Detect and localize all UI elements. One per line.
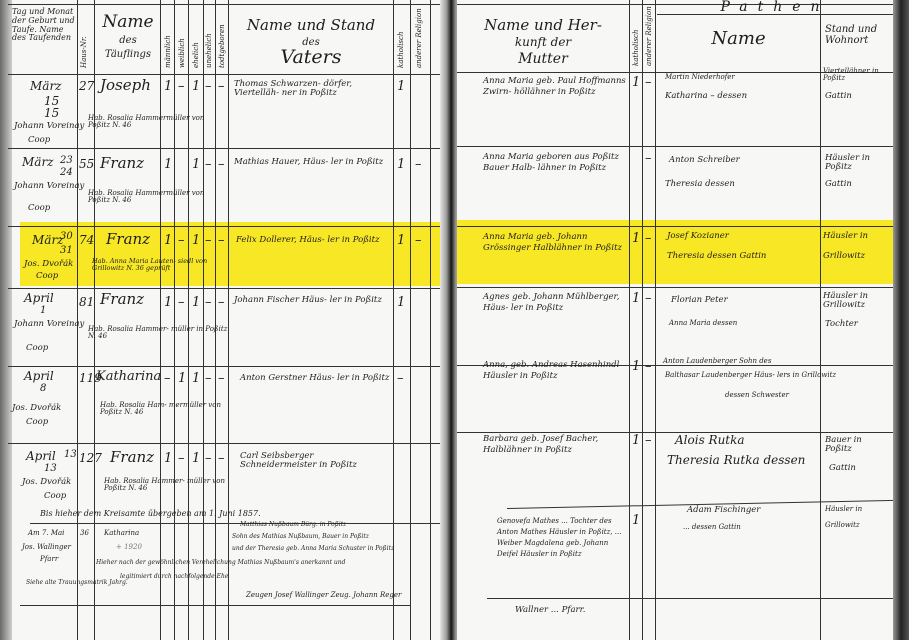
col-line [655, 0, 656, 640]
header-godparent-name: Name [657, 30, 820, 49]
godparent-2: ... dessen Gattin [683, 524, 741, 531]
birth-month: März [32, 234, 64, 247]
header-stillborn: todtgeboren [218, 10, 226, 68]
row-line [8, 148, 440, 149]
birth-day: 30 [60, 232, 73, 243]
male-mark: 1 [164, 158, 172, 172]
priest-title: Coop [44, 492, 66, 501]
witnesses: Zeugen Josef Wallinger Zeug. Johann Rege… [246, 592, 401, 599]
header-father-title: Name und Stand [230, 18, 392, 34]
header-child-sub2: Täuflings [96, 50, 160, 61]
baptism-day: 31 [60, 246, 73, 257]
midwife: Hab. Rosalia Hammer- müller in Poßitz N.… [88, 326, 228, 341]
other-religion-mark: – [645, 152, 652, 166]
col-line [215, 0, 216, 640]
stillborn-mark: – [218, 372, 225, 386]
midwife: Hab. Rosalia Hammermüller von Poßitz N. … [88, 190, 228, 205]
godparent-status-2: Gattin [829, 464, 856, 473]
birth-day: 23 [60, 156, 73, 167]
female-mark: 1 [178, 372, 186, 386]
header-mother-title: Name und Her- [463, 18, 623, 34]
mother-name: Genovefa Mathes ... Tochter des Anton Ma… [497, 516, 627, 559]
midwife: Hab. Rosalia Ham- mermüller von Poßitz N… [100, 402, 230, 417]
catholic-mark: – [397, 372, 404, 386]
highlight-band-left [20, 222, 445, 286]
godparent-1: Josef Kozianer [667, 232, 729, 241]
other-religion-mark: – [645, 360, 652, 374]
priest-signature: Wallner ... Pfarr. [515, 606, 585, 615]
father-name: Felix Dollerer, Häus- ler in Poßitz [236, 236, 386, 245]
midwife: Hab. Rosalia Hammermüller von Poßitz N. … [88, 115, 228, 130]
priest-name: Johann Voreinay [14, 320, 84, 329]
catholic-mark: 1 [397, 158, 405, 172]
header-child-sub1: des [96, 36, 160, 47]
godparent-2: Theresia Rutka dessen [667, 454, 805, 467]
legit-mark: 1 [192, 296, 200, 310]
header-mother-sub1: kunft der [463, 36, 623, 49]
mother-name: Barbara geb. Josef Bacher, Halblähner in… [483, 434, 627, 457]
priest-name: Johann Voreinay [14, 182, 84, 191]
stillborn-mark: – [218, 452, 225, 466]
baptism-day: 24 [60, 168, 73, 179]
row-line [8, 366, 440, 367]
legit-mark: 1 [192, 234, 200, 248]
baptism-day: 13 [44, 464, 57, 475]
godparent-status-2: Grillowitz [823, 252, 865, 261]
illegit-mark: – [205, 296, 212, 310]
header-male: männlich [164, 10, 172, 68]
godparent-1: Anton Schreiber [669, 156, 740, 165]
godparent-2: Katharina – dessen [665, 92, 747, 101]
priest-title: Coop [26, 344, 48, 353]
illegit-mark: – [205, 234, 212, 248]
house-number: 74 [79, 234, 94, 247]
header-other-religion: anderer Religion [415, 10, 423, 68]
house-number: 55 [79, 158, 94, 171]
header-father-sub2: Vaters [230, 48, 392, 68]
legit-mark: 1 [192, 372, 200, 386]
legit-mark: 1 [192, 80, 200, 94]
father-name: Carl Seibsberger Schneidermeister in Poß… [240, 452, 390, 470]
child-name: Franz [110, 450, 154, 466]
female-mark: – [178, 234, 185, 248]
birth-month: April [26, 450, 56, 463]
other-religion-mark: – [415, 158, 422, 172]
row-line [457, 226, 897, 227]
child-name: Katharina [104, 530, 139, 537]
legit-mark: 1 [192, 158, 200, 172]
row-line [8, 226, 440, 227]
row-line [30, 523, 440, 524]
male-mark: – [164, 372, 171, 386]
illegit-mark: – [205, 452, 212, 466]
header-godparent-status: Stand und Wohnort [825, 24, 891, 46]
godparent-2: Balthasar Laudenberger Häus- lers in Gri… [665, 372, 836, 379]
col-line [393, 0, 394, 640]
priest-name: Jos. Dvořák [22, 478, 71, 487]
illegit-mark: – [205, 372, 212, 386]
legit-mark: 1 [192, 452, 200, 466]
godparent-2: Theresia dessen [665, 180, 735, 189]
godparent-status: Häusler in [825, 506, 862, 513]
other-religion-mark: – [645, 76, 652, 90]
mother-name: Agnes geb. Johann Mühlberger, Häus- ler … [483, 292, 627, 315]
baptism-day: 15 [44, 107, 59, 120]
godparent-1: Adam Fischinger [687, 506, 760, 515]
header-godparents: Pathen [657, 0, 893, 15]
birth-day: 8 [40, 384, 46, 395]
father-name: Matthias Nußbaum Bürg. in Poßitz [240, 522, 346, 528]
header-female: weiblich [178, 10, 186, 68]
col-line [188, 0, 189, 640]
other-religion-mark: – [645, 292, 652, 306]
female-mark: – [178, 452, 185, 466]
book-edge-left [0, 0, 12, 640]
col-line [174, 0, 175, 640]
transfer-note: Bis hieher dem Kreisamte übergeben am 1.… [40, 510, 261, 518]
father-line2: Sohn des Mathias Nußbaum, Bauer in Poßit… [232, 534, 369, 540]
col-line [820, 0, 821, 640]
father-name: Thomas Schwarzen- dörfer, Viertelläh- ne… [234, 80, 384, 98]
child-name: Franz [100, 292, 144, 308]
male-mark: 1 [164, 80, 172, 94]
col-line [642, 0, 643, 640]
catholic-mark: 1 [632, 514, 640, 528]
other-religion-mark: – [415, 234, 422, 248]
birth-day: 1 [40, 306, 46, 317]
col-line [410, 0, 411, 640]
legitimation-note: Hieher nach der gewöhnlichen Verehelichu… [96, 560, 346, 566]
right-page: Name und Her- kunft der Mutter katholisc… [457, 0, 897, 640]
birth-month: März [22, 156, 54, 169]
child-name: Katharina [96, 370, 161, 384]
godparent-2: Theresia dessen Gattin [667, 252, 766, 261]
col-line [430, 0, 431, 640]
father-name: Johann Fischer Häus- ler in Poßitz [234, 296, 384, 305]
priest-name: Jos. Dvořák [24, 260, 73, 269]
header-child-name: Name [96, 14, 160, 32]
catholic-mark: 1 [632, 360, 640, 374]
child-name: Joseph [100, 78, 151, 94]
illegit-mark: – [205, 80, 212, 94]
row-line [8, 443, 440, 444]
priest-name: Johann Voreinay [14, 122, 84, 131]
row-line [8, 288, 440, 289]
godparent-status: Viertellähner in Poßitz [823, 68, 893, 83]
birth-month: März [30, 80, 62, 93]
mother-name: Anna Maria geb. Johann Grössinger Halblä… [483, 232, 627, 254]
godparent-status-2: Gattin [825, 92, 852, 101]
row-line [457, 287, 897, 288]
catholic-mark: 1 [397, 296, 405, 310]
left-page: Tag und Monat der Geburt und Taufe. Name… [0, 0, 445, 640]
death-year-note: + 1920 [116, 544, 142, 551]
priest-title: Coop [28, 204, 50, 213]
child-name: Franz [100, 156, 144, 172]
godparent-1: Anton Laudenberger Sohn des [663, 358, 771, 365]
priest-title: Coop [26, 418, 48, 427]
stillborn-mark: – [218, 296, 225, 310]
priest-title: Coop [28, 136, 50, 145]
house-number: 27 [79, 80, 94, 93]
other-religion-mark: – [645, 232, 652, 246]
father-name: Mathias Hauer, Häus- ler in Poßitz [234, 158, 384, 167]
mother-name: Anna Maria geb. Paul Hoffmanns Zwirn- hö… [483, 76, 627, 98]
illegit-mark: – [205, 158, 212, 172]
stillborn-mark: – [218, 80, 225, 94]
header-house-number: Haus-Nr. [80, 28, 88, 68]
godparent-status: Häusler in Grillowitz [823, 292, 893, 310]
female-mark: – [178, 296, 185, 310]
row-line [20, 605, 410, 606]
house-number: 81 [79, 296, 94, 309]
father-name: Anton Gerstner Häus- ler in Poßitz [240, 374, 390, 383]
male-mark: 1 [164, 234, 172, 248]
birth-date: Am 7. Mai [28, 530, 64, 537]
mother-name: Anna Maria geboren aus Poßitz Bauer Halb… [483, 152, 627, 174]
book-edge-right [893, 0, 909, 640]
priest-title: Pfarr [40, 556, 58, 563]
midwife: Hab. Rosalia Hammer- müller von Poßitz N… [104, 478, 234, 493]
catholic-mark: 1 [632, 434, 640, 448]
header-date-priest: Tag und Monat der Geburt und Taufe. Name… [12, 8, 76, 43]
row-line [8, 4, 440, 5]
godparent-2: Anna Maria dessen [669, 320, 737, 327]
godparent-1: Florian Peter [671, 296, 728, 305]
header-catholic: katholisch [397, 10, 405, 68]
midwife: Hab. Anna Maria Lauten- siedl von Grillo… [92, 258, 234, 272]
col-line [228, 0, 229, 640]
male-mark: 1 [164, 296, 172, 310]
male-mark: 1 [164, 452, 172, 466]
catholic-mark: 1 [632, 292, 640, 306]
catholic-mark: 1 [397, 80, 405, 94]
other-religion-mark: – [645, 434, 652, 448]
stillborn-mark: – [218, 234, 225, 248]
header-bottom-line [8, 74, 440, 75]
col-line [160, 0, 161, 640]
priest-title: Coop [36, 272, 58, 281]
birth-month: April [24, 370, 54, 383]
godparent-status: Häusler in Poßitz [825, 154, 891, 172]
house-number: 36 [80, 530, 89, 537]
legitimation-note-2: legitimiert durch nachfolgende Ehe [120, 574, 228, 580]
female-mark: – [178, 80, 185, 94]
birth-day: 13 [64, 450, 77, 461]
godparent-status-2: dessen Schwester [725, 392, 789, 399]
row-line [487, 598, 897, 599]
side-note: Siehe alte Trauungsmatrik Jahrg. [26, 580, 128, 586]
header-catholic: katholisch [632, 6, 640, 66]
priest-name: Jos. Dvořák [12, 404, 61, 413]
godparent-status: Häusler in [823, 232, 868, 241]
col-line [629, 0, 630, 640]
child-name: Franz [106, 232, 150, 248]
col-line [203, 0, 204, 640]
godparent-1: Alois Rutka [675, 434, 745, 447]
row-line [457, 146, 897, 147]
godparent-status-2: Gattin [825, 180, 852, 189]
header-legitimate: ehelich [192, 10, 200, 68]
catholic-mark: 1 [632, 232, 640, 246]
priest-name: Jos. Wallinger [22, 544, 71, 551]
house-number: 127 [79, 452, 102, 465]
catholic-mark: 1 [397, 234, 405, 248]
birth-month: April [24, 292, 54, 305]
catholic-mark: 1 [632, 76, 640, 90]
godparent-status-2: Tochter [825, 320, 858, 329]
col-line [94, 0, 95, 640]
stillborn-mark: – [218, 158, 225, 172]
header-mother-sub2: Mutter [463, 52, 623, 67]
father-line3: und der Theresia geb. Anna Maria Schuste… [232, 546, 394, 552]
godparent-status: Bauer in Poßitz [825, 436, 891, 454]
godparent-status-2: Grillowitz [825, 522, 860, 529]
godparent-1: Martin Niederhofer [665, 74, 735, 81]
mother-name: Anna, geb. Andreas Hasenhindl Häusler in… [483, 360, 627, 383]
header-illegitimate: unehelich [205, 10, 213, 68]
header-other-religion: anderer Religion [645, 6, 653, 66]
